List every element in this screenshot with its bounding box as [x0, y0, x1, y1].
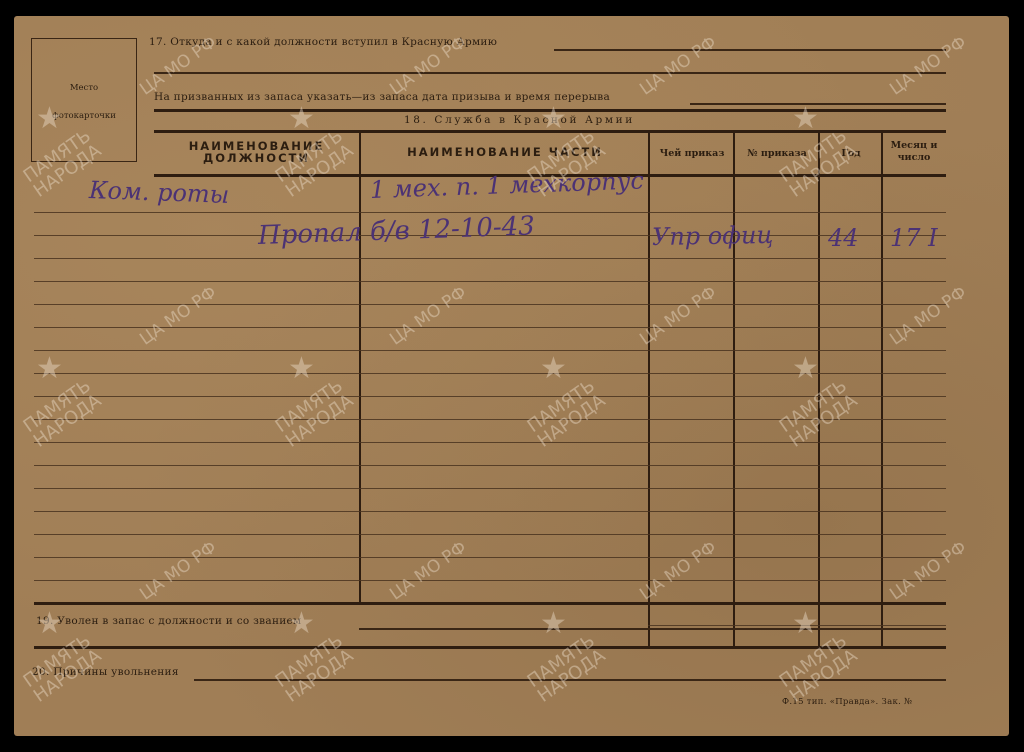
field-17-label: 17. Откуда и с какой должности вступил в… [149, 36, 497, 48]
section-top-rule [154, 109, 946, 112]
photo-label-line1: Место [32, 83, 136, 93]
row-rule [34, 534, 946, 535]
header-top-rule [154, 130, 946, 133]
watermark-archive: ЦА МО РФ [886, 537, 970, 604]
handwritten-year: 44 [828, 224, 859, 252]
watermark-project: ПАМЯТЬНАРОДА [21, 377, 105, 451]
photo-label-line2: фотокарточки [32, 111, 136, 121]
watermark-project: ПАМЯТЬНАРОДА [525, 377, 609, 451]
row-rule [34, 373, 946, 374]
watermark-archive: ЦА МО РФ [136, 282, 220, 349]
table-bottom-rule [34, 602, 946, 605]
watermark-archive: ЦА МО РФ [636, 32, 720, 99]
column-divider [733, 130, 735, 648]
row-rule [34, 419, 946, 420]
column-header-month-day: Месяц и число [883, 140, 945, 164]
watermark-star-icon: ★ [288, 351, 315, 386]
field-17-line-2 [154, 72, 946, 74]
column-header-position: НАИМЕНОВАНИЕ ДОЛЖНОСТИ [154, 140, 359, 164]
watermark-archive: ЦА МО РФ [136, 537, 220, 604]
row-rule [34, 465, 946, 466]
section-18-title: 18. Служба в Красной Армии [404, 114, 635, 126]
column-divider [881, 130, 883, 648]
column-header-whose-order: Чей приказ [650, 148, 734, 160]
row-rule [34, 488, 946, 489]
photo-placeholder-box: Место фотокарточки [31, 38, 137, 162]
row-rule [34, 580, 946, 581]
printer-imprint: Ф.15 тип. «Правда». Зак. № [782, 697, 912, 707]
row-rule [34, 557, 946, 558]
watermark-star-icon: ★ [540, 351, 567, 386]
row-rule [34, 281, 946, 282]
field-19-label: 19. Уволен в запас с должности и со зван… [36, 615, 302, 627]
row-rule [34, 350, 946, 351]
watermark-archive: ЦА МО РФ [386, 537, 470, 604]
field-17-underline [554, 49, 946, 51]
row-rule [34, 304, 946, 305]
handwritten-whose-order: Упр офиц [652, 221, 774, 251]
watermark-star-icon: ★ [540, 606, 567, 641]
row-rule [648, 625, 946, 626]
watermark-project: ПАМЯТЬНАРОДА [273, 632, 357, 706]
field-20-label: 20. Причины увольнения [32, 666, 179, 678]
column-header-unit: НАИМЕНОВАНИЕ ЧАСТИ [362, 146, 648, 158]
reserve-note-label: На призванных из запаса указать—из запас… [154, 91, 610, 103]
row-rule [34, 396, 946, 397]
column-divider [648, 130, 650, 648]
service-record-card: Место фотокарточки 17. Откуда и с какой … [14, 16, 1009, 736]
watermark-archive: ЦА МО РФ [886, 32, 970, 99]
column-divider [359, 130, 361, 602]
watermark-archive: ЦА МО РФ [386, 282, 470, 349]
row-rule [34, 327, 946, 328]
column-header-order-number: № приказа [735, 148, 819, 160]
field-20-underline [194, 679, 946, 681]
watermark-star-icon: ★ [36, 351, 63, 386]
watermark-star-icon: ★ [792, 606, 819, 641]
column-header-year: Год [820, 148, 882, 160]
row-rule [34, 258, 946, 259]
row-rule [34, 511, 946, 512]
column-divider [818, 130, 820, 648]
handwritten-status: Пропал б/в 12-10-43 [257, 211, 535, 251]
watermark-project: ПАМЯТЬНАРОДА [273, 377, 357, 451]
handwritten-position: Ком. роты [89, 176, 230, 209]
handwritten-month-day: 17 I [890, 224, 938, 252]
watermark-star-icon: ★ [792, 351, 819, 386]
watermark-archive: ЦА МО РФ [886, 282, 970, 349]
watermark-project: ПАМЯТЬНАРОДА [525, 632, 609, 706]
handwritten-unit: 1 мех. п. 1 мехкорпус [370, 166, 645, 204]
reserve-note-underline [690, 103, 946, 105]
row-rule [34, 442, 946, 443]
field-19-bottom-rule [34, 646, 946, 649]
field-19-underline [359, 628, 946, 630]
